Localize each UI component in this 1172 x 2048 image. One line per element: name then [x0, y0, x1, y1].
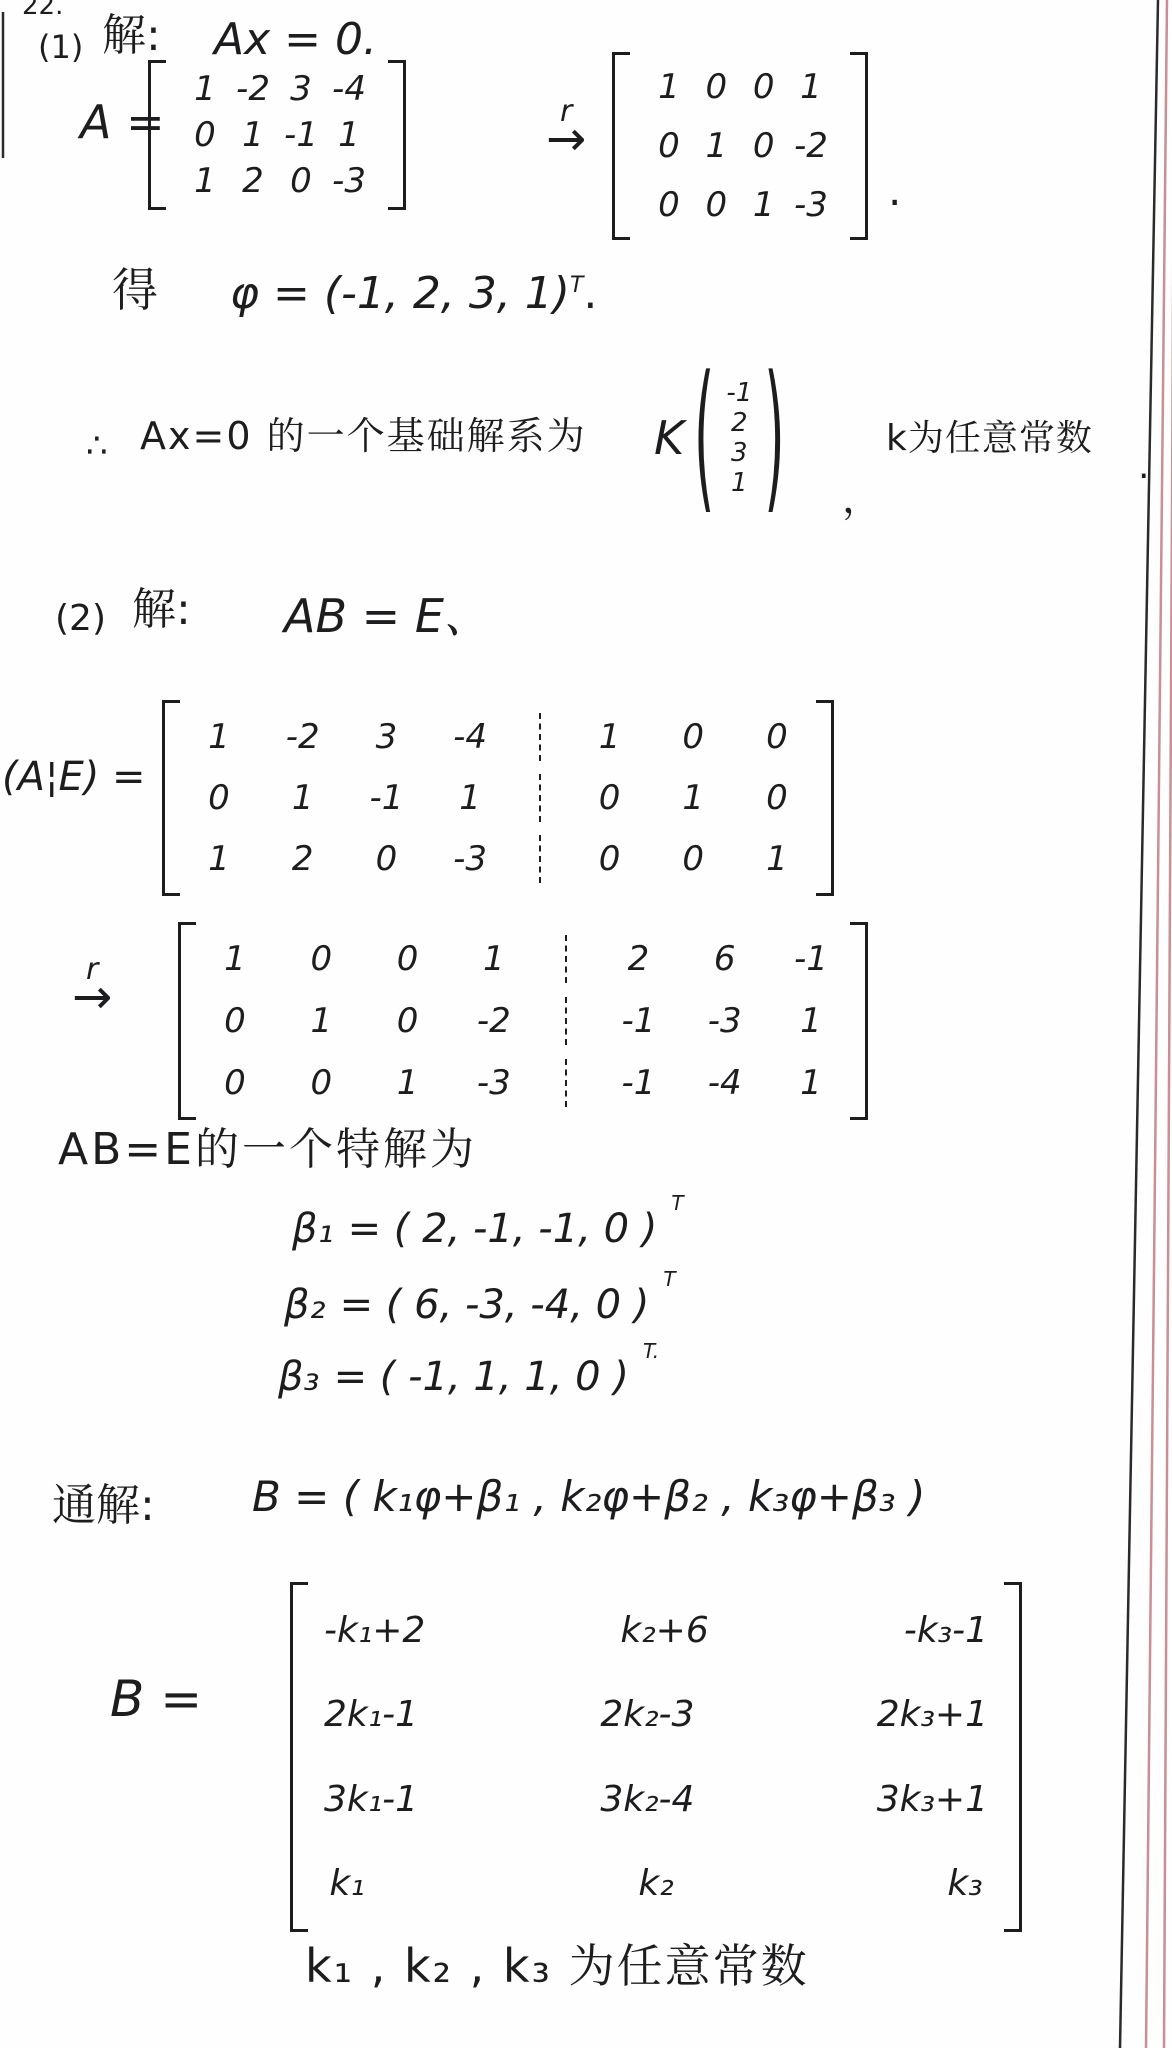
matrix-cell: 3 [363, 717, 409, 757]
general-solution-expression: B = ( k₁φ+β₁ , k₂φ+β₂ , k₃φ+β₃ ) [252, 1474, 925, 1519]
matrix-row: 1-23-4100 [196, 717, 800, 757]
matrix-cell: 0 [278, 161, 324, 201]
matrix-row: 2 [722, 408, 756, 438]
matrix-bracket-left [148, 60, 166, 210]
matrix-a-reduced-grid: 1001010-2001-3 [630, 52, 850, 240]
matrix-cell: 0 [587, 839, 633, 879]
part2-label: (2) [55, 600, 106, 639]
matrix-cell: 2k₂-3 [600, 1694, 694, 1735]
matrix-cell: 2 [722, 408, 756, 438]
matrix-row: 3k₁-13k₂-43k₃+1 [324, 1779, 988, 1820]
matrix-cell: 0 [670, 717, 716, 757]
part2-solve-label: 解: [132, 586, 191, 634]
matrix-cell: -3 [702, 1001, 748, 1041]
matrix-cell: 2 [280, 839, 326, 879]
transpose-superscript: T [663, 1269, 675, 1291]
matrix-cell: 0 [385, 939, 431, 979]
matrix-row: 120-3001 [196, 839, 800, 879]
matrix-cell: 3k₃+1 [877, 1779, 988, 1820]
matrix-b-label: B = [110, 1672, 202, 1726]
transpose-superscript: T. [643, 1341, 659, 1363]
matrix-bracket-left [178, 922, 196, 1120]
notebook-page: 22. (1) 解: Ax = 0. A = 1-23-401-11120-3 … [0, 0, 1172, 2048]
matrix-cell: 1 [447, 778, 493, 818]
matrix-cell: 0 [693, 185, 739, 225]
matrix-cell: 1 [587, 717, 633, 757]
matrix-cell: 0 [741, 67, 787, 107]
matrix-row: 100126-1 [212, 939, 834, 979]
matrix-cell: 0 [646, 185, 692, 225]
matrix-cell: 3k₁-1 [324, 1779, 418, 1820]
matrix-cell: 0 [693, 67, 739, 107]
matrix-cell: 3k₂-4 [600, 1779, 694, 1820]
matrix-cell: 2 [615, 939, 661, 979]
matrix-a-grid: 1-23-401-11120-3 [166, 60, 388, 210]
beta2-value: = ( 6, -3, -4, 0 ) [340, 1284, 650, 1327]
matrix-cell: 0 [298, 1063, 344, 1103]
matrix-cell: 1 [326, 115, 372, 155]
matrix-cell: 1 [280, 778, 326, 818]
right-arrow-icon: → [546, 120, 586, 158]
beta2-line: β₂ = ( 6, -3, -4, 0 ) T [284, 1284, 676, 1327]
matrix-cell: 0 [741, 126, 787, 166]
matrix-a-reduced: 1001010-2001-3 [612, 52, 868, 240]
matrix-cell: -3 [326, 161, 372, 201]
matrix-cell: -1 [615, 1001, 661, 1041]
matrix-cell: 0 [670, 839, 716, 879]
matrix-cell: 1 [298, 1001, 344, 1041]
matrix-cell: 0 [196, 778, 242, 818]
footer-arbitrary-constants: k₁ , k₂ , k₃ 为任意常数 [305, 1942, 809, 1992]
period-mark: . [888, 168, 901, 213]
margin-red-line-2 [1164, 120, 1172, 2048]
matrix-cell: -1 [363, 778, 409, 818]
matrix-cell: 1 [788, 1063, 834, 1103]
matrix-cell: -2 [230, 69, 276, 109]
augment-separator [565, 935, 567, 983]
matrix-row: 1 [722, 468, 756, 498]
beta1-line: β₁ = ( 2, -1, -1, 0 ) T [292, 1208, 684, 1251]
beta3-name: β₃ [278, 1356, 320, 1399]
augmented-matrix-reduced: 100126-1010-2-1-31001-3-1-41 [178, 922, 868, 1120]
matrix-row: 2k₁-12k₂-32k₃+1 [324, 1694, 988, 1735]
period-mark: . [1138, 448, 1149, 487]
matrix-cell: 2k₃+1 [877, 1694, 988, 1735]
particular-solution-heading: AB=E的一个特解为 [58, 1126, 477, 1174]
matrix-cell: 3 [722, 438, 756, 468]
matrix-cell: 1 [646, 67, 692, 107]
part2-equation: AB = E、 [284, 592, 490, 642]
augmented-matrix-grid: 1-23-410001-11010120-3001 [180, 700, 816, 896]
part1-conclusion-text: Ax=0 的一个基础解系为 [140, 416, 587, 457]
row-reduce-arrow: r → [72, 958, 112, 1016]
matrix-cell: 1 [182, 69, 228, 109]
beta1-name: β₁ [292, 1208, 334, 1251]
matrix-cell: k₃ [942, 1863, 988, 1904]
k-coefficient: K [654, 414, 684, 464]
beta3-value: = ( -1, 1, 1, 0 ) [334, 1356, 629, 1399]
matrix-cell: 0 [754, 778, 800, 818]
matrix-bracket-left [612, 52, 630, 240]
matrix-a: 1-23-401-11120-3 [148, 60, 406, 210]
matrix-cell: k₁ [324, 1863, 370, 1904]
matrix-cell: 1 [471, 939, 517, 979]
augment-separator [565, 1059, 567, 1107]
matrix-b-grid: -k₁+2k₂+6-k₃-12k₁-12k₂-32k₃+13k₁-13k₂-43… [308, 1582, 1004, 1932]
matrix-row: 010-2 [646, 126, 834, 166]
general-solution-label: 通解: [52, 1482, 155, 1530]
solution-vector-grid: -1231 [714, 376, 764, 500]
matrix-cell: -3 [788, 185, 834, 225]
part1-label: (1) [38, 30, 83, 65]
beta2-name: β₂ [284, 1284, 326, 1327]
matrix-cell: 1 [722, 468, 756, 498]
matrix-cell: 1 [385, 1063, 431, 1103]
transpose-superscript: T [570, 273, 583, 298]
matrix-cell: 1 [788, 1001, 834, 1041]
part1-solve-label: 解: [102, 12, 161, 60]
right-arrow-icon: → [72, 978, 112, 1016]
matrix-cell: 0 [212, 1001, 258, 1041]
matrix-cell: 1 [230, 115, 276, 155]
matrix-cell: -1 [722, 378, 756, 408]
matrix-row: -k₁+2k₂+6-k₃-1 [324, 1610, 988, 1651]
augment-separator [539, 835, 541, 883]
matrix-cell: -1 [278, 115, 324, 155]
matrix-cell: 1 [196, 717, 242, 757]
augmented-matrix-label: (A¦E) = [2, 756, 146, 799]
matrix-row: 120-3 [182, 161, 372, 201]
matrix-cell: -3 [471, 1063, 517, 1103]
matrix-cell: -k₃-1 [904, 1610, 988, 1651]
matrix-cell: -4 [326, 69, 372, 109]
matrix-cell: -1 [788, 939, 834, 979]
matrix-cell: -2 [471, 1001, 517, 1041]
matrix-row: 1-23-4 [182, 69, 372, 109]
matrix-cell: 1 [212, 939, 258, 979]
matrix-cell: -k₁+2 [324, 1610, 425, 1651]
matrix-cell: 1 [741, 185, 787, 225]
augmented-matrix-reduced-grid: 100126-1010-2-1-31001-3-1-41 [196, 922, 850, 1120]
matrix-row: 3 [722, 438, 756, 468]
result-prefix: 得 [112, 266, 158, 316]
matrix-cell: 1 [788, 67, 834, 107]
matrix-cell: 0 [182, 115, 228, 155]
augment-separator [565, 997, 567, 1045]
matrix-cell: 3 [278, 69, 324, 109]
matrix-cell: 0 [212, 1063, 258, 1103]
matrix-bracket-right [850, 922, 868, 1120]
therefore-symbol: ∴ [86, 428, 108, 465]
matrix-bracket-left [162, 700, 180, 896]
paren-right: ) [764, 357, 784, 518]
matrix-cell: 0 [587, 778, 633, 818]
beta1-value: = ( 2, -1, -1, 0 ) [348, 1208, 658, 1251]
matrix-row: 01-11010 [196, 778, 800, 818]
matrix-bracket-right [816, 700, 834, 896]
paren-left: ( [694, 357, 714, 518]
beta3-line: β₃ = ( -1, 1, 1, 0 ) T. [278, 1356, 659, 1399]
margin-black-line [1120, 0, 1158, 2048]
matrix-cell: 1 [182, 161, 228, 201]
margin-red-line [1146, 0, 1167, 2048]
matrix-cell: 0 [298, 939, 344, 979]
matrix-row: 01-11 [182, 115, 372, 155]
matrix-row: 1001 [646, 67, 834, 107]
matrix-bracket-right [388, 60, 406, 210]
matrix-cell: 0 [754, 717, 800, 757]
augment-separator [539, 774, 541, 822]
period-mark: . [583, 268, 597, 319]
matrix-cell: 6 [702, 939, 748, 979]
matrix-cell: -3 [447, 839, 493, 879]
matrix-cell: k₂ [633, 1863, 679, 1904]
matrix-cell: 2k₁-1 [324, 1694, 418, 1735]
matrix-cell: 0 [646, 126, 692, 166]
matrix-cell: 1 [670, 778, 716, 818]
comma-mark: ， [842, 478, 882, 521]
matrix-cell: -1 [615, 1063, 661, 1103]
matrix-cell: 1 [754, 839, 800, 879]
matrix-cell: 1 [693, 126, 739, 166]
part1-equation: Ax = 0. [214, 16, 377, 64]
basic-solution-vector: ( -1231 ) [694, 352, 785, 524]
phi-result: φ = (-1, 2, 3, 1)T. [230, 270, 597, 318]
matrix-bracket-right [850, 52, 868, 240]
matrix-cell: -2 [280, 717, 326, 757]
matrix-cell: k₂+6 [620, 1610, 708, 1651]
matrix-row: k₁k₂k₃ [324, 1863, 988, 1904]
phi-expression: φ = (-1, 2, 3, 1) [230, 268, 570, 319]
augment-separator [539, 713, 541, 761]
matrix-cell: -4 [447, 717, 493, 757]
matrix-row: -1 [722, 378, 756, 408]
matrix-cell: 0 [385, 1001, 431, 1041]
matrix-cell: 2 [230, 161, 276, 201]
matrix-cell: 1 [196, 839, 242, 879]
transpose-superscript: T [671, 1193, 683, 1215]
matrix-cell: -4 [702, 1063, 748, 1103]
matrix-cell: -2 [788, 126, 834, 166]
matrix-row: 001-3-1-41 [212, 1063, 834, 1103]
matrix-b: -k₁+2k₂+6-k₃-12k₁-12k₂-32k₃+13k₁-13k₂-43… [290, 1582, 1022, 1932]
augmented-matrix: 1-23-410001-11010120-3001 [162, 700, 834, 896]
matrix-row: 010-2-1-31 [212, 1001, 834, 1041]
matrix-cell: 0 [363, 839, 409, 879]
k-arbitrary-note: k为任意常数 [886, 420, 1093, 459]
matrix-bracket-right [1004, 1582, 1022, 1932]
row-reduce-arrow: r → [546, 100, 586, 158]
problem-number: 22. [22, 0, 63, 20]
matrix-row: 001-3 [646, 185, 834, 225]
matrix-bracket-left [290, 1582, 308, 1932]
